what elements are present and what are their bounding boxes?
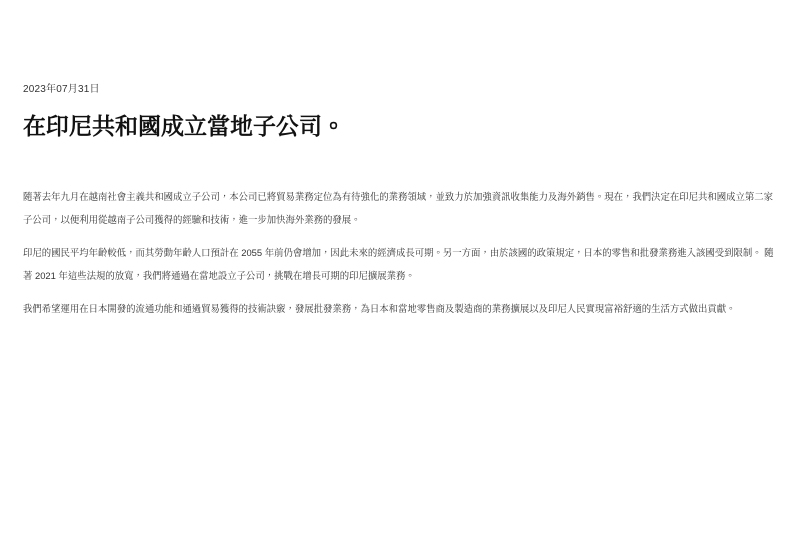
news-article: 2023年07月31日 在印尼共和國成立當地子公司。 隨著去年九月在越南社會主義… <box>0 0 800 321</box>
article-paragraph: 隨著去年九月在越南社會主義共和國成立子公司，本公司已將貿易業務定位為有待強化的業… <box>23 186 777 231</box>
article-paragraph: 印尼的國民平均年齡較低，而其勞動年齡人口預計在 2055 年前仍會增加，因此未來… <box>23 242 777 287</box>
page-title: 在印尼共和國成立當地子公司。 <box>23 110 777 142</box>
article-body: 隨著去年九月在越南社會主義共和國成立子公司，本公司已將貿易業務定位為有待強化的業… <box>23 186 777 321</box>
article-date: 2023年07月31日 <box>23 84 777 96</box>
article-paragraph: 我們希望運用在日本開發的流通功能和通過貿易獲得的技術訣竅，發展批發業務，為日本和… <box>23 298 777 321</box>
